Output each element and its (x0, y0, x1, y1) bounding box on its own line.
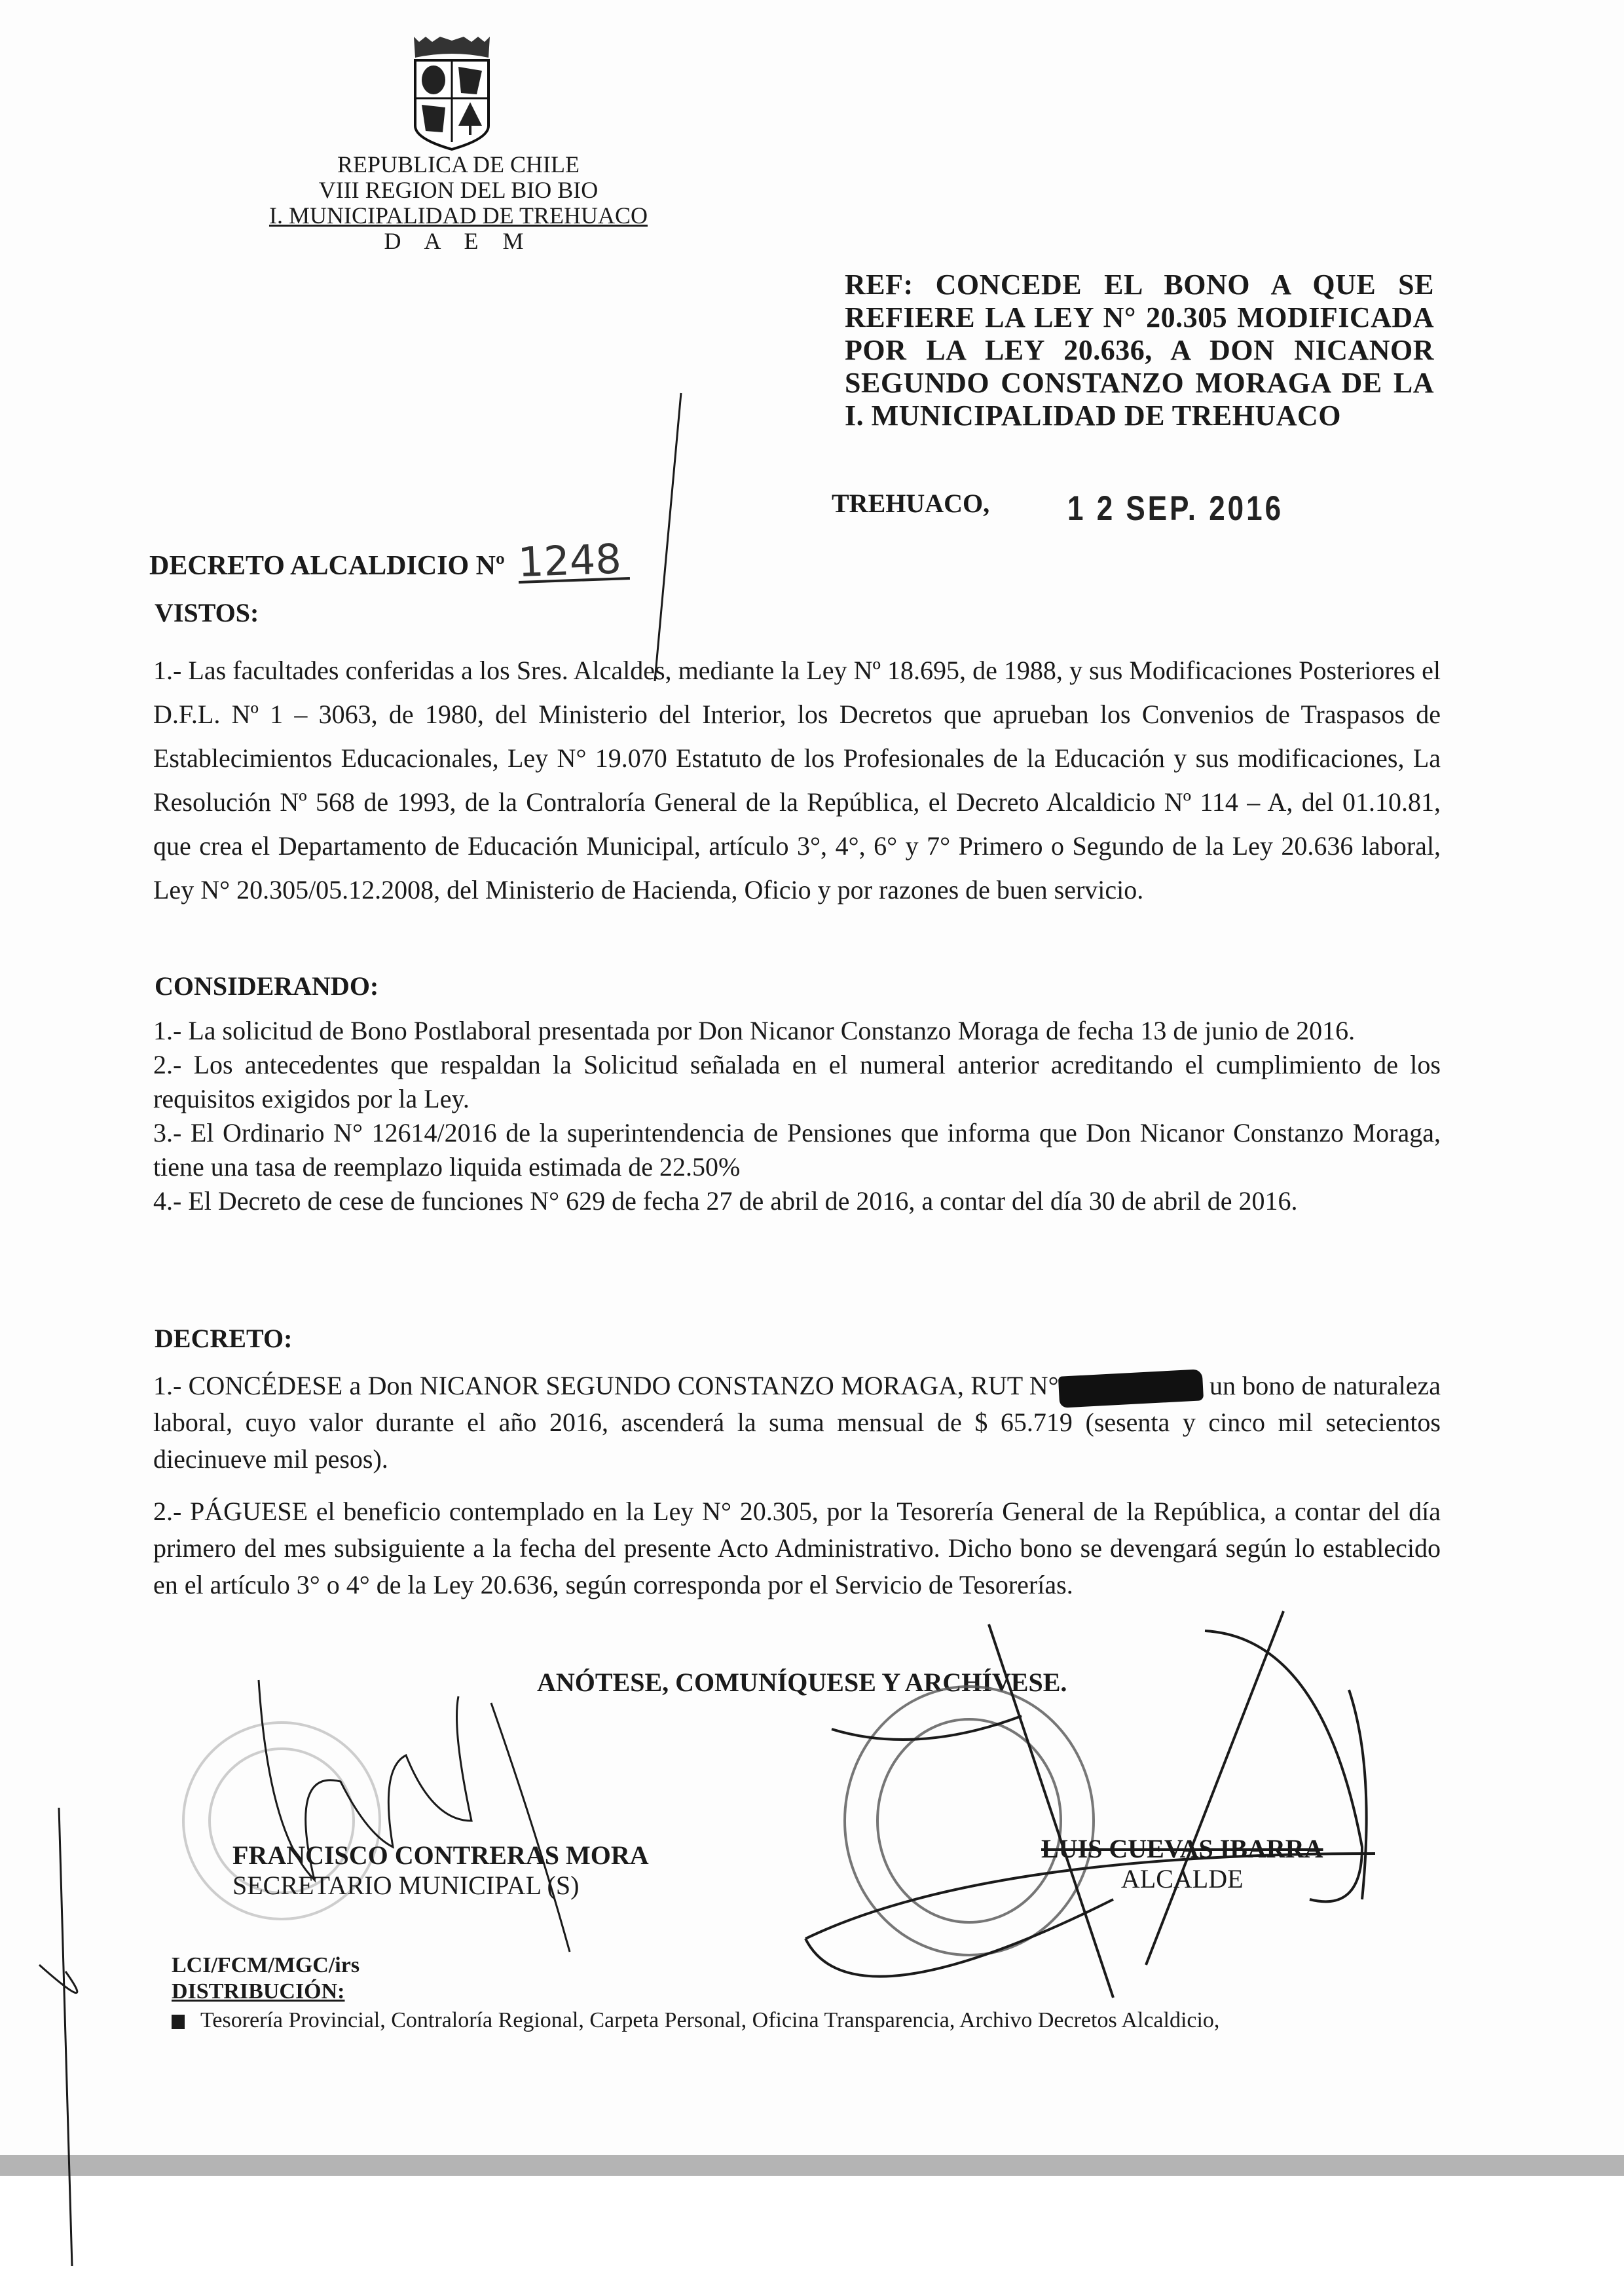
signatory-secretary: FRANCISCO CONTRERAS MORA SECRETARIO MUNI… (232, 1840, 649, 1901)
signatory-secretary-title: SECRETARIO MUNICIPAL (S) (232, 1871, 649, 1901)
decreto-item-1-start: 1.- CONCÉDESE a Don NICANOR SEGUNDO CONS… (153, 1371, 1059, 1400)
considerando-heading: CONSIDERANDO: (155, 971, 378, 1001)
letterhead-country: REPUBLICA DE CHILE (262, 152, 655, 177)
letterhead: REPUBLICA DE CHILE VIII REGION DEL BIO B… (262, 152, 655, 254)
decreto-heading: DECRETO: (155, 1323, 292, 1354)
signatory-mayor-title: ALCALDE (1041, 1864, 1323, 1894)
considerando-item: 3.- El Ordinario N° 12614/2016 de la sup… (153, 1116, 1441, 1184)
distribution-items: Tesorería Provincial, Contraloría Region… (200, 2008, 1219, 2032)
vistos-heading: VISTOS: (155, 597, 259, 628)
decreto-item-1: 1.- CONCÉDESE a Don NICANOR SEGUNDO CONS… (153, 1368, 1441, 1478)
considerando-item: 2.- Los antecedentes que respaldan la So… (153, 1048, 1441, 1116)
redacted-rut (1058, 1369, 1204, 1408)
decreto-item-2: 2.- PÁGUESE el beneficio contemplado en … (153, 1493, 1441, 1603)
place-label: TREHUACO, (832, 488, 989, 519)
scan-margin (0, 2176, 1624, 2295)
municipal-crest-icon (411, 34, 492, 152)
reference-initials: LCI/FCM/MGC/irs (172, 1953, 360, 1978)
distribution-heading: DISTRIBUCIÓN: (172, 1979, 345, 2004)
decreto-item-2-text: 2.- PÁGUESE el beneficio contemplado en … (153, 1493, 1441, 1603)
date-stamp: 1 2 SEP. 2016 (1067, 489, 1283, 529)
signatory-mayor: LUIS CUEVAS IBARRA ALCALDE (1041, 1834, 1323, 1894)
reference-subject: REF: CONCEDE EL BONO A QUE SE REFIERE LA… (845, 269, 1434, 432)
distribution-list: Tesorería Provincial, Contraloría Region… (172, 2008, 1219, 2033)
letterhead-municipality: I. MUNICIPALIDAD DE TREHUACO (262, 203, 655, 229)
scanner-edge-band (0, 2155, 1624, 2176)
square-bullet-icon (172, 2015, 185, 2029)
signatory-mayor-name: LUIS CUEVAS IBARRA (1041, 1834, 1323, 1864)
signatory-secretary-name: FRANCISCO CONTRERAS MORA (232, 1840, 649, 1871)
decree-number-label: DECRETO ALCALDICIO Nº (149, 551, 505, 581)
decree-number: DECRETO ALCALDICIO Nº 1248 (149, 542, 629, 582)
letterhead-department: D A E M (262, 229, 655, 254)
considerando-item: 1.- La solicitud de Bono Postlaboral pre… (153, 1014, 1441, 1048)
decree-number-handwritten: 1248 (517, 540, 630, 584)
vistos-text: 1.- Las facultades conferidas a los Sres… (153, 648, 1441, 912)
considerando-item: 4.- El Decreto de cese de funciones N° 6… (153, 1184, 1441, 1218)
closing-formula: ANÓTESE, COMUNÍQUESE Y ARCHÍVESE. (537, 1667, 1067, 1698)
considerando-list: 1.- La solicitud de Bono Postlaboral pre… (153, 1014, 1441, 1218)
letterhead-region: VIII REGION DEL BIO BIO (262, 177, 655, 203)
vistos-body: 1.- Las facultades conferidas a los Sres… (153, 648, 1441, 912)
